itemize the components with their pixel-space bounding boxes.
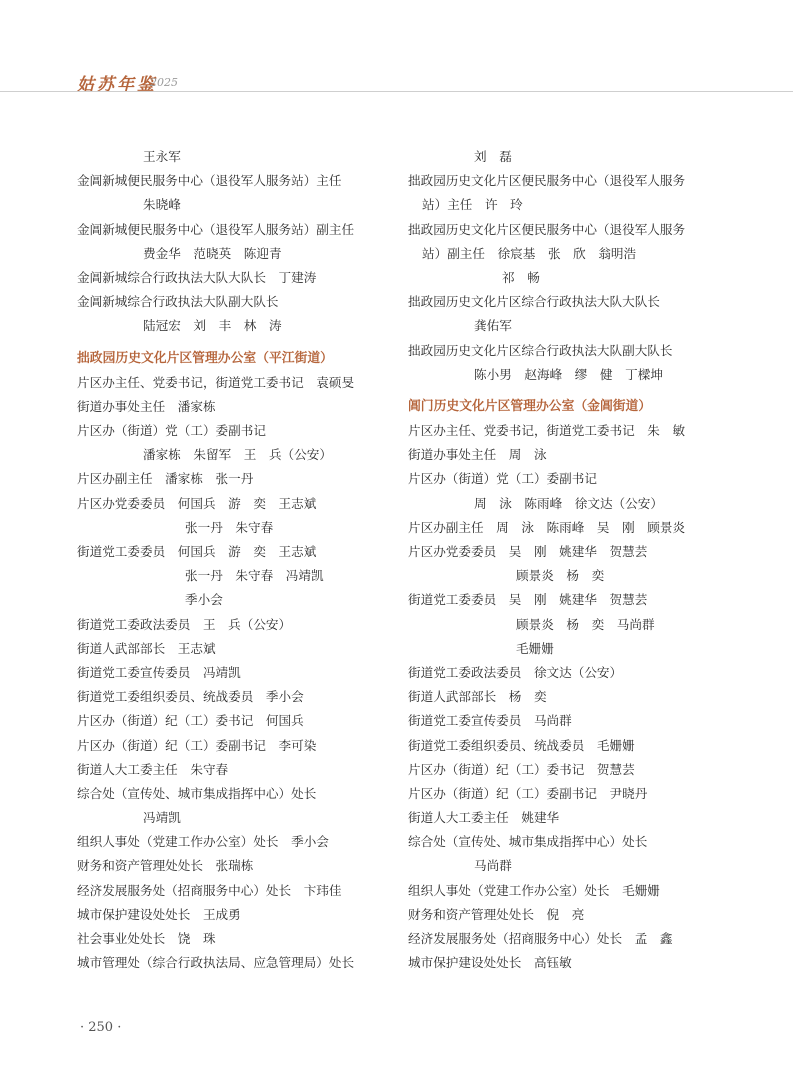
list-item: 金阊新城综合行政执法大队副大队长: [77, 290, 407, 314]
list-item: 顾景炎 杨 奕 马尚群: [408, 613, 738, 637]
list-item: 街道党工委政法委员 王 兵（公安）: [77, 613, 407, 637]
list-item: 王永军: [77, 145, 407, 169]
list-item: 金阊新城综合行政执法大队大队长 丁建涛: [77, 266, 407, 290]
list-item: 拙政园历史文化片区便民服务中心（退役军人服务: [408, 169, 738, 193]
list-item: 片区办（街道）纪（工）委书记 贺慧芸: [408, 758, 738, 782]
list-item: 顾景炎 杨 奕: [408, 564, 738, 588]
page-number: · 250 ·: [80, 1020, 121, 1035]
list-item: 街道党工委委员 吴 刚 姚建华 贺慧芸: [408, 588, 738, 612]
list-item: 祁 畅: [408, 266, 738, 290]
list-item: 周 泳 陈雨峰 徐文达（公安）: [408, 492, 738, 516]
list-item: 冯靖凯: [77, 806, 407, 830]
left-column: 王永军金阊新城便民服务中心（退役军人服务站）主任朱晓峰金阊新城便民服务中心（退役…: [77, 145, 407, 975]
list-item: 陈小男 赵海峰 缪 健 丁樑坤: [408, 363, 738, 387]
section-heading: 拙政园历史文化片区管理办公室（平江街道）: [77, 347, 407, 371]
list-item: 经济发展服务处（招商服务中心）处长 孟 鑫: [408, 927, 738, 951]
list-item: 朱晓峰: [77, 193, 407, 217]
list-item: 片区办党委委员 吴 刚 姚建华 贺慧芸: [408, 540, 738, 564]
section-heading: 阊门历史文化片区管理办公室（金阊街道）: [408, 395, 738, 419]
list-item: 季小会: [77, 588, 407, 612]
header-divider: [0, 91, 793, 92]
list-item: 片区办（街道）党（工）委副书记: [408, 467, 738, 491]
list-item: 街道办事处主任 潘家栋: [77, 395, 407, 419]
list-item: 综合处（宣传处、城市集成指挥中心）处长: [77, 782, 407, 806]
list-item: 街道办事处主任 周 泳: [408, 443, 738, 467]
list-item: 街道人大工委主任 姚建华: [408, 806, 738, 830]
list-item: 城市保护建设处处长 高钰敏: [408, 951, 738, 975]
list-item: 站）副主任 徐宸基 张 欣 翁明浩: [408, 242, 738, 266]
list-item: 城市保护建设处处长 王成勇: [77, 903, 407, 927]
list-item: 金阊新城便民服务中心（退役军人服务站）主任: [77, 169, 407, 193]
list-item: 费金华 范晓英 陈迎青: [77, 242, 407, 266]
list-item: 街道党工委政法委员 徐文达（公安）: [408, 661, 738, 685]
list-item: 片区办副主任 周 泳 陈雨峰 吴 刚 顾景炎: [408, 516, 738, 540]
list-item: 街道党工委委员 何国兵 游 奕 王志斌: [77, 540, 407, 564]
list-item: 组织人事处（党建工作办公室）处长 季小会: [77, 830, 407, 854]
list-item: 张一丹 朱守春: [77, 516, 407, 540]
list-item: 片区办党委委员 何国兵 游 奕 王志斌: [77, 492, 407, 516]
list-item: 城市管理处（综合行政执法局、应急管理局）处长: [77, 951, 407, 975]
list-item: 片区办（街道）纪（工）委副书记 李可染: [77, 734, 407, 758]
list-item: 街道人武部部长 王志斌: [77, 637, 407, 661]
list-item: 金阊新城便民服务中心（退役军人服务站）副主任: [77, 218, 407, 242]
list-item: 街道人大工委主任 朱守春: [77, 758, 407, 782]
list-item: 陆冠宏 刘 丰 林 涛: [77, 314, 407, 338]
list-item: 拙政园历史文化片区综合行政执法大队副大队长: [408, 339, 738, 363]
list-item: 拙政园历史文化片区综合行政执法大队大队长: [408, 290, 738, 314]
list-item: 拙政园历史文化片区便民服务中心（退役军人服务: [408, 218, 738, 242]
list-item: 组织人事处（党建工作办公室）处长 毛姗姗: [408, 879, 738, 903]
list-item: 龚佑军: [408, 314, 738, 338]
list-item: 张一丹 朱守春 冯靖凯: [77, 564, 407, 588]
list-item: 片区办（街道）党（工）委副书记: [77, 419, 407, 443]
page-header: 姑苏年鉴 2025: [0, 0, 793, 93]
list-item: 综合处（宣传处、城市集成指挥中心）处长: [408, 830, 738, 854]
list-item: 街道党工委组织委员、统战委员 毛姗姗: [408, 734, 738, 758]
list-item: 片区办（街道）纪（工）委书记 何国兵: [77, 709, 407, 733]
list-item: 经济发展服务处（招商服务中心）处长 卞玮佳: [77, 879, 407, 903]
list-item: 财务和资产管理处处长 张瑞栋: [77, 854, 407, 878]
yearbook-year: 2025: [150, 76, 178, 89]
right-column: 刘 磊拙政园历史文化片区便民服务中心（退役军人服务站）主任 许 玲拙政园历史文化…: [408, 145, 738, 975]
list-item: 毛姗姗: [408, 637, 738, 661]
list-item: 潘家栋 朱留军 王 兵（公安）: [77, 443, 407, 467]
list-item: 社会事业处处长 饶 珠: [77, 927, 407, 951]
list-item: 片区办主任、党委书记，街道党工委书记 朱 敏: [408, 419, 738, 443]
list-item: 片区办主任、党委书记，街道党工委书记 袁硕旻: [77, 371, 407, 395]
list-item: 片区办（街道）纪（工）委副书记 尹晓丹: [408, 782, 738, 806]
list-item: 马尚群: [408, 854, 738, 878]
list-item: 站）主任 许 玲: [408, 193, 738, 217]
list-item: 街道党工委宣传委员 冯靖凯: [77, 661, 407, 685]
list-item: 刘 磊: [408, 145, 738, 169]
list-item: 街道党工委组织委员、统战委员 季小会: [77, 685, 407, 709]
list-item: 片区办副主任 潘家栋 张一丹: [77, 467, 407, 491]
list-item: 财务和资产管理处处长 倪 亮: [408, 903, 738, 927]
list-item: 街道人武部部长 杨 奕: [408, 685, 738, 709]
list-item: 街道党工委宣传委员 马尚群: [408, 709, 738, 733]
